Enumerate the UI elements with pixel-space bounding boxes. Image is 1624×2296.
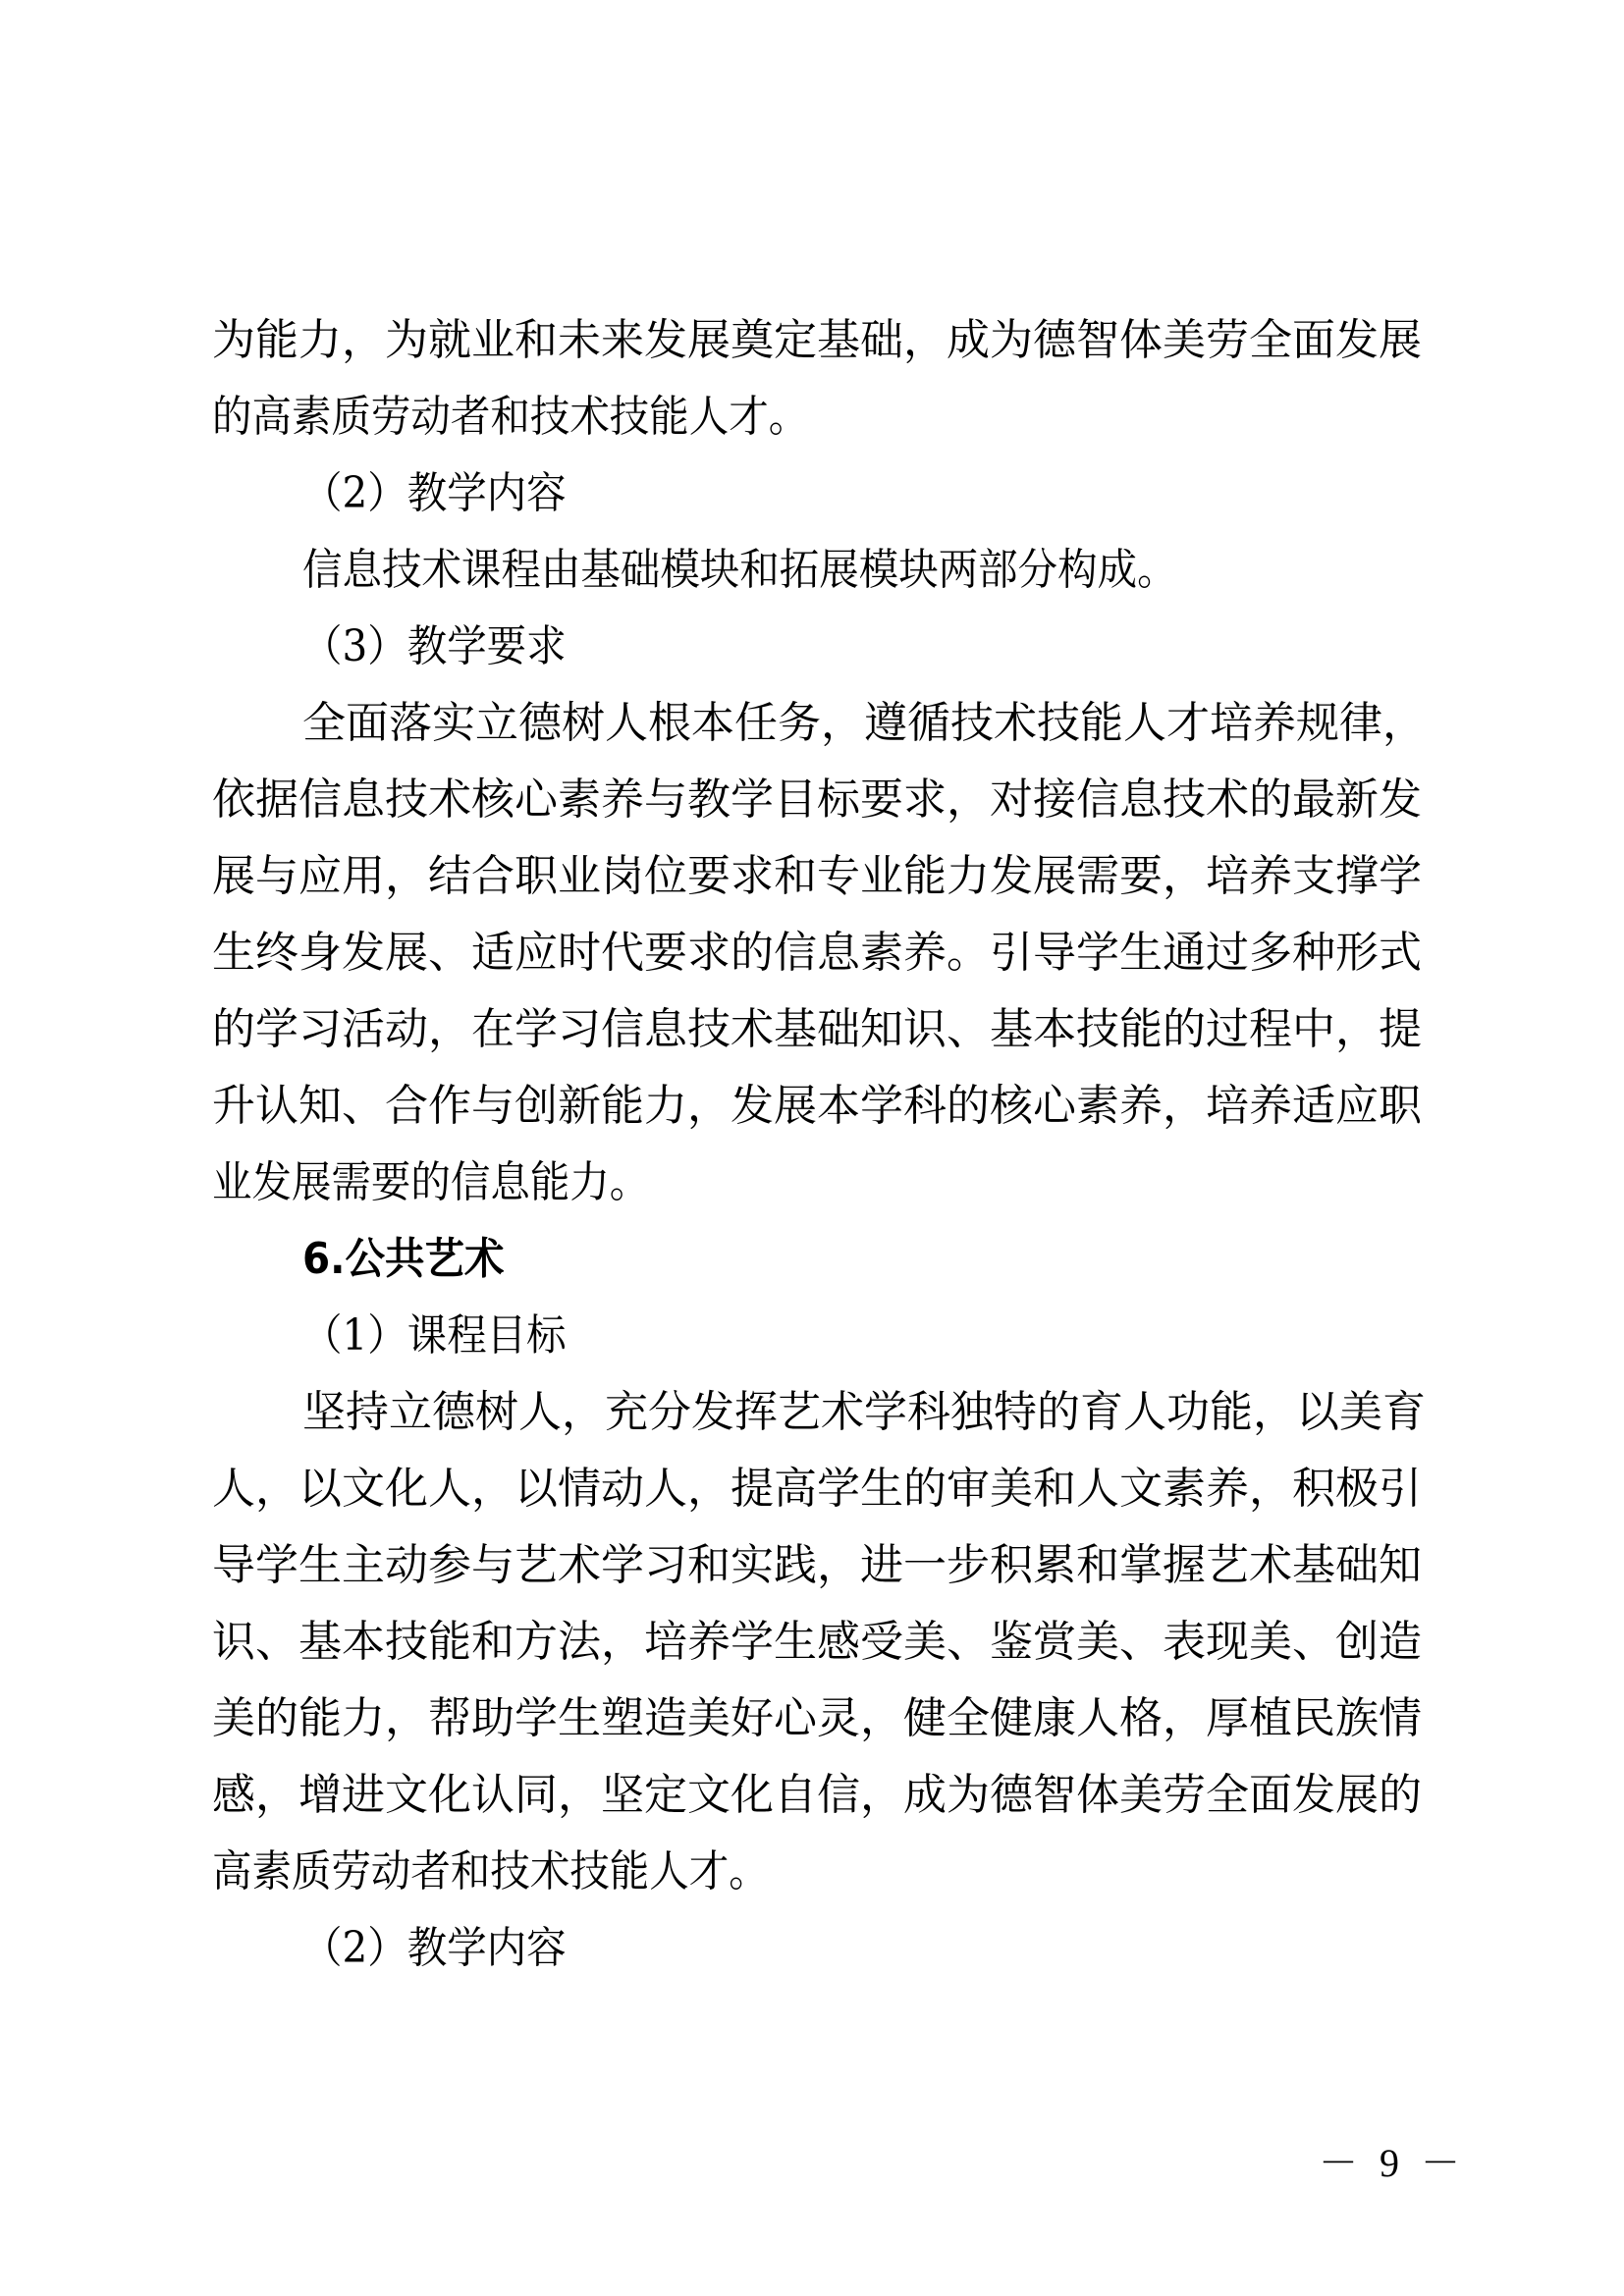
section-heading-public-art: 6.公共艺术 [212,1221,1414,1298]
paragraph-line: 信息技术课程由基础模块和拓展模块两部分构成。 [212,532,1414,609]
paragraph-line: 展与应用，结合职业岗位要求和专业能力发展需要，培养支撑学 [212,838,1414,915]
paragraph-line: 导学生主动参与艺术学习和实践，进一步积累和掌握艺术基础知 [212,1527,1414,1604]
subheading-teaching-content: （2）教学内容 [212,1910,1414,1987]
paragraph-line: 的学习活动，在学习信息技术基础知识、基本技能的过程中，提 [212,991,1414,1068]
paragraph-line: 坚持立德树人，充分发挥艺术学科独特的育人功能，以美育 [212,1374,1414,1451]
paragraph-line: 感，增进文化认同，坚定文化自信，成为德智体美劳全面发展的 [212,1757,1414,1834]
page-number: － 9 － [1319,2132,1466,2188]
paragraph-line: 美的能力，帮助学生塑造美好心灵，健全健康人格，厚植民族情 [212,1681,1414,1757]
paragraph-line: 业发展需要的信息能力。 [212,1145,1414,1221]
paragraph-line: 生终身发展、适应时代要求的信息素养。引导学生通过多种形式 [212,915,1414,991]
subheading-teaching-requirements: （3）教学要求 [212,609,1414,685]
paragraph-line: 人，以文化人，以情动人，提高学生的审美和人文素养，积极引 [212,1451,1414,1527]
paragraph-line: 为能力，为就业和未来发展奠定基础，成为德智体美劳全面发展 [212,302,1414,379]
paragraph-line: 升认知、合作与创新能力，发展本学科的核心素养，培养适应职 [212,1068,1414,1145]
paragraph-line: 高素质劳动者和技术技能人才。 [212,1834,1414,1910]
paragraph-line: 依据信息技术核心素养与教学目标要求，对接信息技术的最新发 [212,762,1414,838]
document-page: 为能力，为就业和未来发展奠定基础，成为德智体美劳全面发展 的高素质劳动者和技术技… [212,302,1414,1987]
paragraph-line: 的高素质劳动者和技术技能人才。 [212,379,1414,455]
paragraph-line: 识、基本技能和方法，培养学生感受美、鉴赏美、表现美、创造 [212,1604,1414,1681]
subheading-course-objectives: （1）课程目标 [212,1298,1414,1374]
paragraph-line: 全面落实立德树人根本任务，遵循技术技能人才培养规律， [212,685,1414,762]
subheading-teaching-content: （2）教学内容 [212,455,1414,532]
